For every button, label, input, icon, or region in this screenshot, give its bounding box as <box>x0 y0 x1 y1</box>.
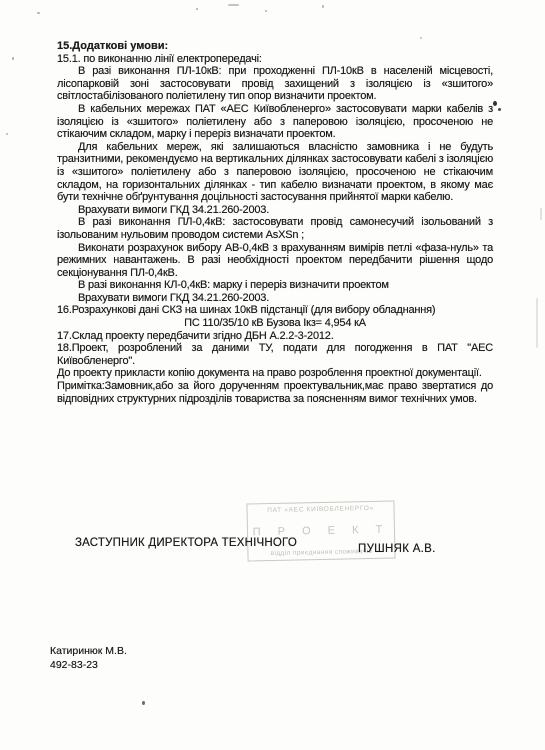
paragraph-av-04kv-calculation: Виконати розрахунок вибору АВ-0,4кВ з вр… <box>57 242 493 280</box>
paragraph-gkd-requirements-1: Врахувати вимоги ГКД 34.21.260-2003. <box>57 204 493 217</box>
section-17-text: 17.Склад проекту передбачити згідно ДБН … <box>57 330 493 343</box>
scan-smudge <box>536 298 538 348</box>
note-paragraph: Примітка:Замовник,або за його дорученням… <box>57 380 493 405</box>
paragraph-kl-04kv: В разі виконання КЛ-0,4кВ: марку і перер… <box>57 279 493 292</box>
scan-speck <box>265 10 267 12</box>
executor-block: Катиринюк М.В. 492-83-23 <box>50 644 127 672</box>
executor-name: Катиринюк М.В. <box>50 644 127 658</box>
scan-speck <box>420 37 422 39</box>
scan-speck <box>6 133 8 135</box>
section-16-line1: 16.Розрахункові дані СКЗ на шинах 10кВ п… <box>57 304 493 317</box>
scan-speck <box>196 8 198 10</box>
signature-name: ПУШНЯК А.В. <box>358 543 436 555</box>
scan-smudge <box>540 208 542 220</box>
scan-speck <box>142 701 145 705</box>
section-18-paragraph-1: 18.Проект, розроблений за даними ТУ, под… <box>57 342 493 367</box>
paragraph-customer-cable-networks: Для кабельних мереж, які залишаються вла… <box>57 141 493 204</box>
section-15-heading: 15.Додаткові умови: <box>57 40 493 53</box>
scan-speck <box>12 57 14 60</box>
paragraph-pl-10kv: В разі виконання ПЛ-10кВ: при проходженн… <box>57 65 493 103</box>
paragraph-cable-networks-pat: В кабельних мережах ПАТ «АЕС Київобленер… <box>57 103 493 141</box>
paragraph-pl-04kv: В разі виконання ПЛ-0,4кВ: застосовувати… <box>57 216 493 241</box>
scanned-document-page: 15.Додаткові умови: 15.1. по виконанню л… <box>0 0 545 750</box>
scan-speck <box>498 108 501 111</box>
stamp-company-line: ПАТ «АЕС КИЇВОБЛЕНЕРГО» <box>250 505 390 515</box>
signature-title: ЗАСТУПНИК ДИРЕКТОРА ТЕХНІЧНОГО <box>75 537 297 549</box>
paragraph-gkd-requirements-2: Врахувати вимоги ГКД 34.21.260-2003. <box>57 292 493 305</box>
scan-speck <box>228 4 239 6</box>
scan-speck <box>322 5 324 8</box>
section-18-paragraph-2: До проекту прикласти копію документа на … <box>57 367 493 380</box>
scan-speck <box>493 101 497 106</box>
document-body: 15.Додаткові умови: 15.1. по виконанню л… <box>57 40 493 405</box>
executor-phone: 492-83-23 <box>50 658 127 672</box>
section-16-substation-data: ПС 110/35/10 кВ Бузова Ікз= 4,954 кА <box>57 317 493 330</box>
scan-speck <box>37 12 40 14</box>
section-15-1-subheading: 15.1. по виконанню лінії електропередачі… <box>57 53 493 66</box>
